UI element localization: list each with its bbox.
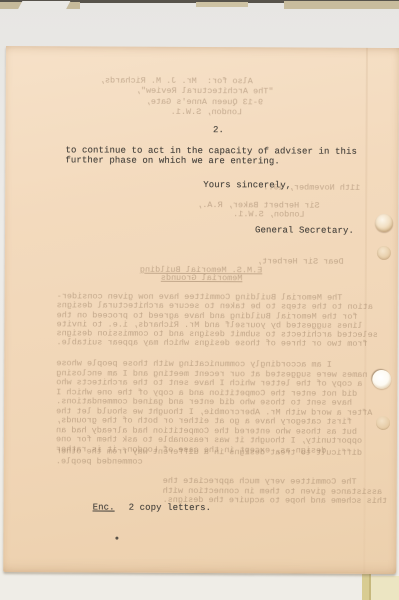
punch-hole <box>375 214 393 232</box>
enclosure-text: 2 copy letters. <box>129 503 212 513</box>
bleedthrough-paragraph-2: I am accordingly communicating with thos… <box>56 359 368 456</box>
punch-hole <box>376 416 390 430</box>
bleedthrough-paragraph-3: difficult to treat designs in a differen… <box>56 447 368 468</box>
signature-title: General Secretary. <box>255 225 354 236</box>
bleedthrough-addressee: Sir Herbert Baker, R.A.,London, S.W.1. <box>197 201 387 220</box>
paper-edge-highlight <box>18 1 71 10</box>
bleedthrough-paragraph-1: The Memorial Building Committee have now… <box>56 292 368 349</box>
under-sheet-corner <box>371 576 399 600</box>
closing-line: Yours sincerely, <box>203 180 291 191</box>
ink-speck <box>115 537 118 540</box>
letter-body: to continue to act in the capacity of ad… <box>65 145 367 167</box>
under-sheet-edge <box>362 574 369 600</box>
enclosure-label: Enc. <box>93 503 115 513</box>
scanned-letter-page: Also for: Mr. J. M. Richards,"The Archit… <box>3 46 399 574</box>
bleedthrough-heading: E.M.S. Memorial BuildingMemorial Grounds <box>5 265 398 283</box>
page-number: 2. <box>204 125 234 136</box>
punch-hole <box>372 370 391 389</box>
desk-edge-middle <box>196 2 248 7</box>
document-scan: Also for: Mr. J. M. Richards,"The Archit… <box>0 0 399 600</box>
bleedthrough-address: Also for: Mr. J. M. Richards,"The Archit… <box>100 75 300 117</box>
punch-hole <box>377 246 391 260</box>
enclosure-note: Enc.2 copy letters. <box>60 492 212 524</box>
desk-edge-right <box>284 1 399 9</box>
